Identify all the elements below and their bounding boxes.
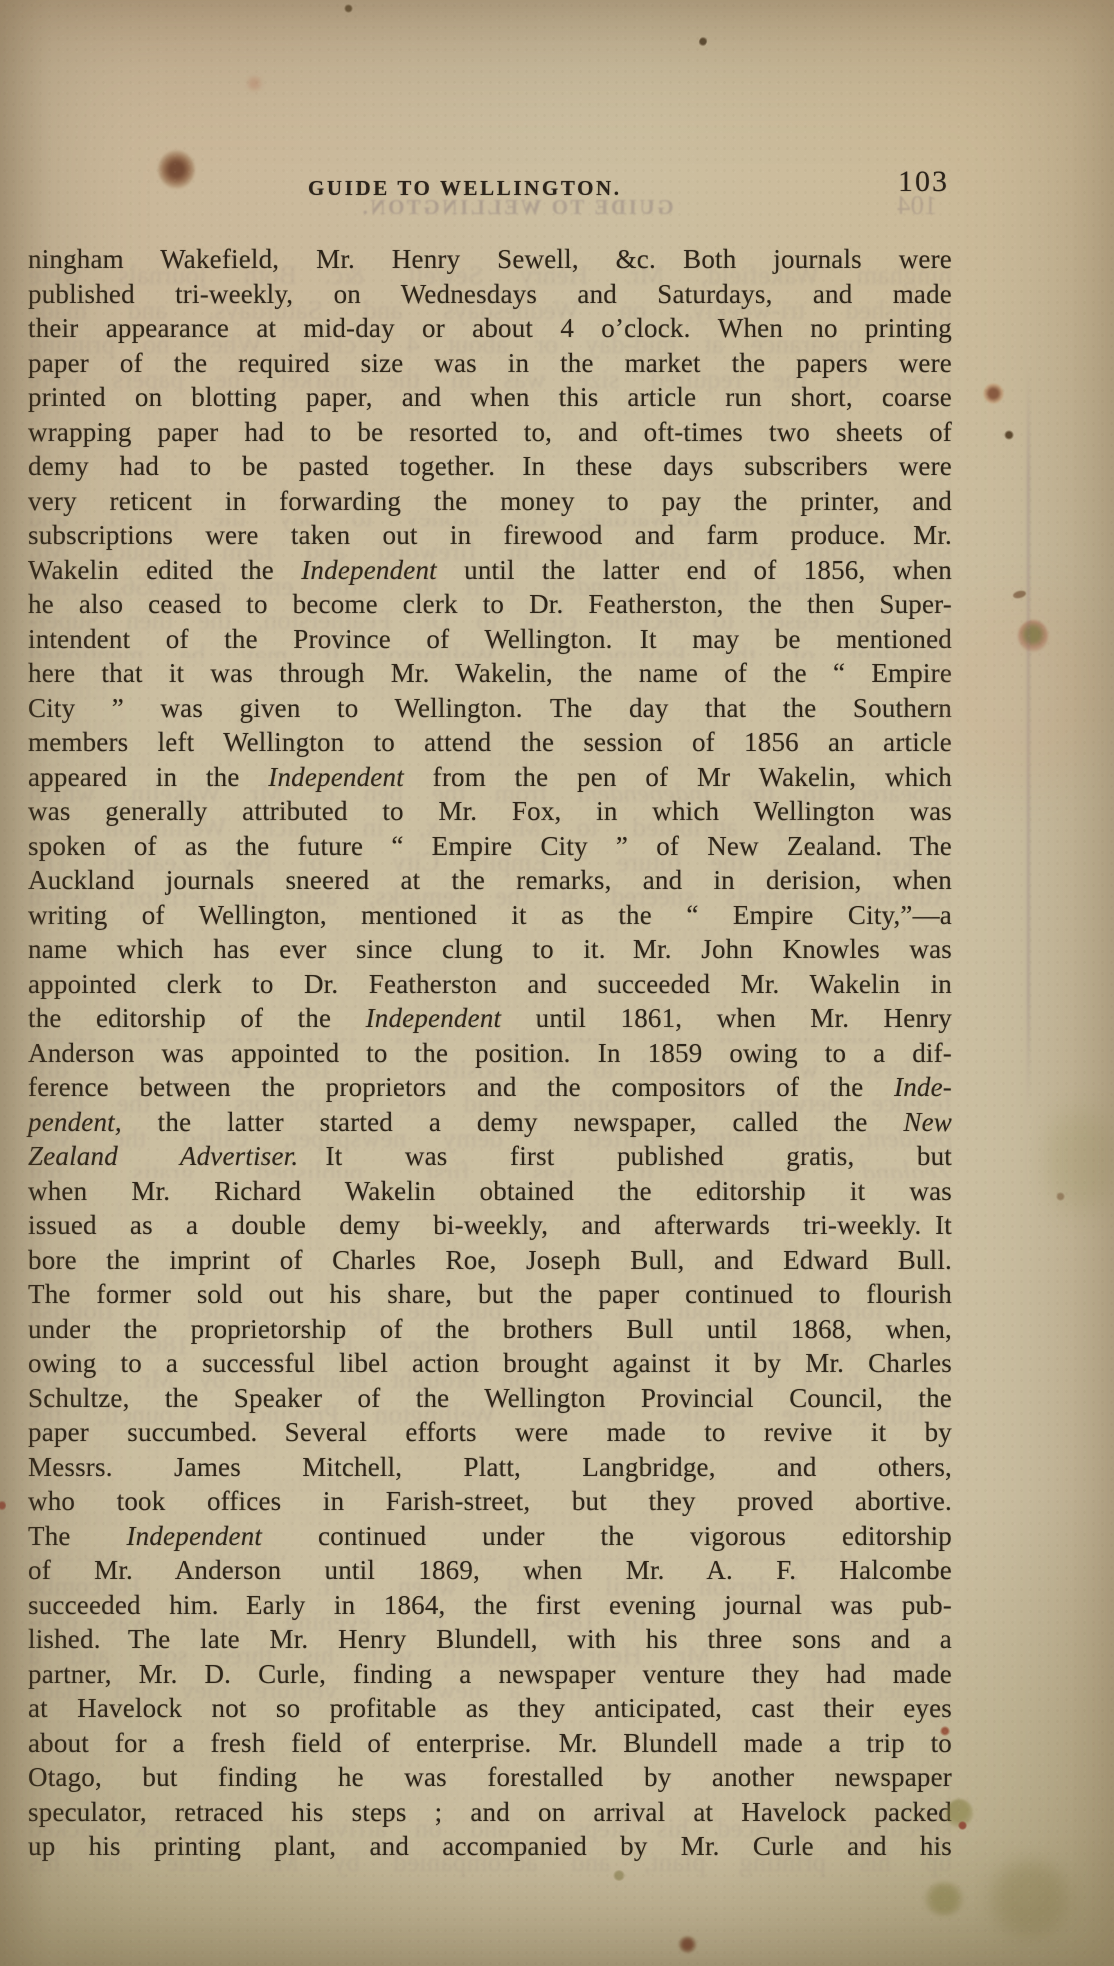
stain-foxing-dot — [678, 1936, 697, 1953]
text-line: Schultze, the Speaker of the Wellington … — [28, 1381, 952, 1416]
stain-blotch — [924, 1882, 964, 1916]
text-line: succeeded him. Early in 1864, the first … — [28, 1588, 952, 1623]
text-line: Otago, but finding he was forestalled by… — [28, 1760, 952, 1795]
text-line: when Mr. Richard Wakelin obtained the ed… — [28, 1174, 952, 1209]
text-line: pendent, the latter started a demy newsp… — [28, 1105, 952, 1140]
italic-text-run: Independent — [268, 762, 404, 792]
running-header: GUIDE TO WELLINGTON. — [308, 176, 622, 201]
text-run: It was first published gratis, but — [298, 1141, 952, 1171]
text-line: City ” was given to Wellington. The day … — [28, 691, 952, 726]
stain-speck — [613, 1870, 625, 1881]
text-run: writing of Wellington, mentioned it as t… — [28, 900, 952, 930]
text-run: the latter started a demy newspaper, cal… — [122, 1107, 904, 1137]
text-line: ference between the proprietors and the … — [28, 1070, 952, 1105]
text-line: intendent of the Province of Wellington.… — [28, 622, 952, 657]
italic-text-run: Independent — [366, 1003, 502, 1033]
stain-speck — [1056, 1192, 1065, 1201]
text-line: appointed clerk to Dr. Featherston and s… — [28, 967, 952, 1002]
text-run: of Mr. Anderson until 1869, when Mr. A. … — [28, 1555, 952, 1585]
text-run: until 1861, when Mr. Henry — [501, 1003, 952, 1033]
text-run: Otago, but finding he was forestalled by… — [28, 1762, 952, 1792]
italic-text-run: Inde- — [894, 1072, 952, 1102]
text-run: their appearance at mid-day or about 4 o… — [28, 313, 952, 343]
text-run: about for a fresh field of enterprise. M… — [28, 1728, 952, 1758]
text-line: published tri-weekly, on Wednesdays and … — [28, 277, 952, 312]
italic-text-run: New — [903, 1107, 952, 1137]
text-run: here that it was through Mr. Wakelin, th… — [28, 658, 952, 688]
text-run: speculator, retraced his steps ; and on … — [28, 1797, 952, 1827]
text-run: printed on blotting paper, and when this… — [28, 382, 952, 412]
text-run: lished. The late Mr. Henry Blundell, wit… — [28, 1624, 952, 1654]
text-run: Auckland journals sneered at the remarks… — [28, 865, 952, 895]
text-line: wrapping paper had to be resorted to, an… — [28, 415, 952, 450]
text-run: City ” was given to Wellington. The day … — [28, 693, 952, 723]
stain-speck — [344, 4, 353, 13]
text-line: bore the imprint of Charles Roe, Joseph … — [28, 1243, 952, 1278]
text-run: paper succumbed. Several efforts were ma… — [28, 1417, 952, 1447]
text-line: ningham Wakefield, Mr. Henry Sewell, &c.… — [28, 242, 952, 277]
text-line: name which has ever since clung to it. M… — [28, 932, 952, 967]
text-run: when Mr. Richard Wakelin obtained the ed… — [28, 1176, 952, 1206]
fold-line — [1027, 366, 1030, 1110]
text-run: The — [28, 1521, 126, 1551]
text-line: lished. The late Mr. Henry Blundell, wit… — [28, 1622, 952, 1657]
stain-speck — [0, 1500, 6, 1511]
italic-text-run: Zealand Advertiser. — [28, 1141, 298, 1171]
text-line: issued as a double demy bi-weekly, and a… — [28, 1208, 952, 1243]
text-run: appeared in the — [28, 762, 268, 792]
stain-smudge — [246, 76, 263, 91]
text-run: owing to a successful libel action broug… — [28, 1348, 952, 1378]
text-line: under the proprietorship of the brothers… — [28, 1312, 952, 1347]
text-run: members left Wellington to attend the se… — [28, 727, 952, 757]
text-line: at Havelock not so profitable as they an… — [28, 1691, 952, 1726]
text-run: from the pen of Mr Wakelin, which — [404, 762, 952, 792]
text-line: printed on blotting paper, and when this… — [28, 380, 952, 415]
text-run: very reticent in forwarding the money to… — [28, 486, 952, 516]
text-run: appointed clerk to Dr. Featherston and s… — [28, 969, 952, 999]
text-line: was generally attributed to Mr. Fox, in … — [28, 794, 952, 829]
text-line: who took offices in Farish-street, but t… — [28, 1484, 952, 1519]
text-run: Anderson was appointed to the position. … — [28, 1038, 952, 1068]
text-run: demy had to be pasted together. In these… — [28, 451, 952, 481]
stain-warm-patch — [936, 550, 1106, 830]
text-line: Zealand Advertiser. It was first publish… — [28, 1139, 952, 1174]
text-run: partner, Mr. D. Curle, finding a newspap… — [28, 1659, 952, 1689]
text-line: subscriptions were taken out in firewood… — [28, 518, 952, 553]
text-line: Wakelin edited the Independent until the… — [28, 553, 952, 588]
stain-foxing-dot — [958, 1821, 967, 1830]
text-run: who took offices in Farish-street, but t… — [28, 1486, 952, 1516]
text-line: he also ceased to become clerk to Dr. Fe… — [28, 587, 952, 622]
stain-speck — [697, 35, 709, 48]
book-page-scan: GUIDE TO WELLINGTON. 104 ningham Wakefie… — [0, 0, 1114, 1966]
text-line: Messrs. James Mitchell, Platt, Langbridg… — [28, 1450, 952, 1485]
text-run: paper of the required size was in the ma… — [28, 348, 952, 378]
text-line: very reticent in forwarding the money to… — [28, 484, 952, 519]
text-run: ningham Wakefield, Mr. Henry Sewell, &c.… — [28, 244, 952, 274]
stain-foxing-dot — [983, 383, 1004, 404]
stain-speck — [1004, 430, 1014, 440]
text-run: intendent of the Province of Wellington.… — [28, 624, 952, 654]
text-run: issued as a double demy bi-weekly, and a… — [28, 1210, 952, 1240]
body-text: ningham Wakefield, Mr. Henry Sewell, &c.… — [28, 242, 952, 1864]
stain-dash — [1012, 590, 1026, 600]
text-line: owing to a successful libel action broug… — [28, 1346, 952, 1381]
italic-text-run: pendent, — [28, 1107, 122, 1137]
text-line: spoken of as the future “ Empire City ” … — [28, 829, 952, 864]
text-line: here that it was through Mr. Wakelin, th… — [28, 656, 952, 691]
text-run: Messrs. James Mitchell, Platt, Langbridg… — [28, 1452, 952, 1482]
text-line: The Independent continued under the vigo… — [28, 1519, 952, 1554]
text-line: partner, Mr. D. Curle, finding a newspap… — [28, 1657, 952, 1692]
page-number: 103 — [898, 165, 949, 199]
text-line: paper of the required size was in the ma… — [28, 346, 952, 381]
text-run: succeeded him. Early in 1864, the first … — [28, 1590, 952, 1620]
text-run: spoken of as the future “ Empire City ” … — [28, 831, 952, 861]
text-line: The former sold out his share, but the p… — [28, 1277, 952, 1312]
text-run: up his printing plant, and accompanied b… — [28, 1831, 952, 1861]
text-run: under the proprietorship of the brothers… — [28, 1314, 952, 1344]
text-line: members left Wellington to attend the se… — [28, 725, 952, 760]
text-line: Auckland journals sneered at the remarks… — [28, 863, 952, 898]
text-run: bore the imprint of Charles Roe, Joseph … — [28, 1245, 952, 1275]
text-line: their appearance at mid-day or about 4 o… — [28, 311, 952, 346]
text-run: was generally attributed to Mr. Fox, in … — [28, 796, 952, 826]
text-run: wrapping paper had to be resorted to, an… — [28, 417, 952, 447]
text-run: the editorship of the — [28, 1003, 366, 1033]
text-run: name which has ever since clung to it. M… — [28, 934, 952, 964]
text-line: speculator, retraced his steps ; and on … — [28, 1795, 952, 1830]
text-run: until the latter end of 1856, when — [437, 555, 952, 585]
text-line: Anderson was appointed to the position. … — [28, 1036, 952, 1071]
text-run: at Havelock not so profitable as they an… — [28, 1693, 952, 1723]
text-run: ference between the proprietors and the … — [28, 1072, 894, 1102]
text-line: appeared in the Independent from the pen… — [28, 760, 952, 795]
text-run: Wakelin edited the — [28, 555, 301, 585]
italic-text-run: Independent — [301, 555, 437, 585]
text-line: up his printing plant, and accompanied b… — [28, 1829, 952, 1864]
text-run: published tri-weekly, on Wednesdays and … — [28, 279, 952, 309]
text-line: about for a fresh field of enterprise. M… — [28, 1726, 952, 1761]
text-line: demy had to be pasted together. In these… — [28, 449, 952, 484]
stain-blotch — [1018, 620, 1048, 652]
text-line: the editorship of the Independent until … — [28, 1001, 952, 1036]
stain-smudge — [982, 1856, 1078, 1942]
text-line: paper succumbed. Several efforts were ma… — [28, 1415, 952, 1450]
stain-burn-spot — [158, 150, 195, 189]
text-line: of Mr. Anderson until 1869, when Mr. A. … — [28, 1553, 952, 1588]
italic-text-run: Independent — [126, 1521, 262, 1551]
text-run: subscriptions were taken out in firewood… — [28, 520, 952, 550]
text-run: Schultze, the Speaker of the Wellington … — [28, 1383, 952, 1413]
text-run: he also ceased to become clerk to Dr. Fe… — [28, 589, 952, 619]
stain-smudge — [1046, 1090, 1114, 1230]
text-line: writing of Wellington, mentioned it as t… — [28, 898, 952, 933]
text-run: The former sold out his share, but the p… — [28, 1279, 952, 1309]
text-run: continued under the vigorous editorship — [262, 1521, 952, 1551]
